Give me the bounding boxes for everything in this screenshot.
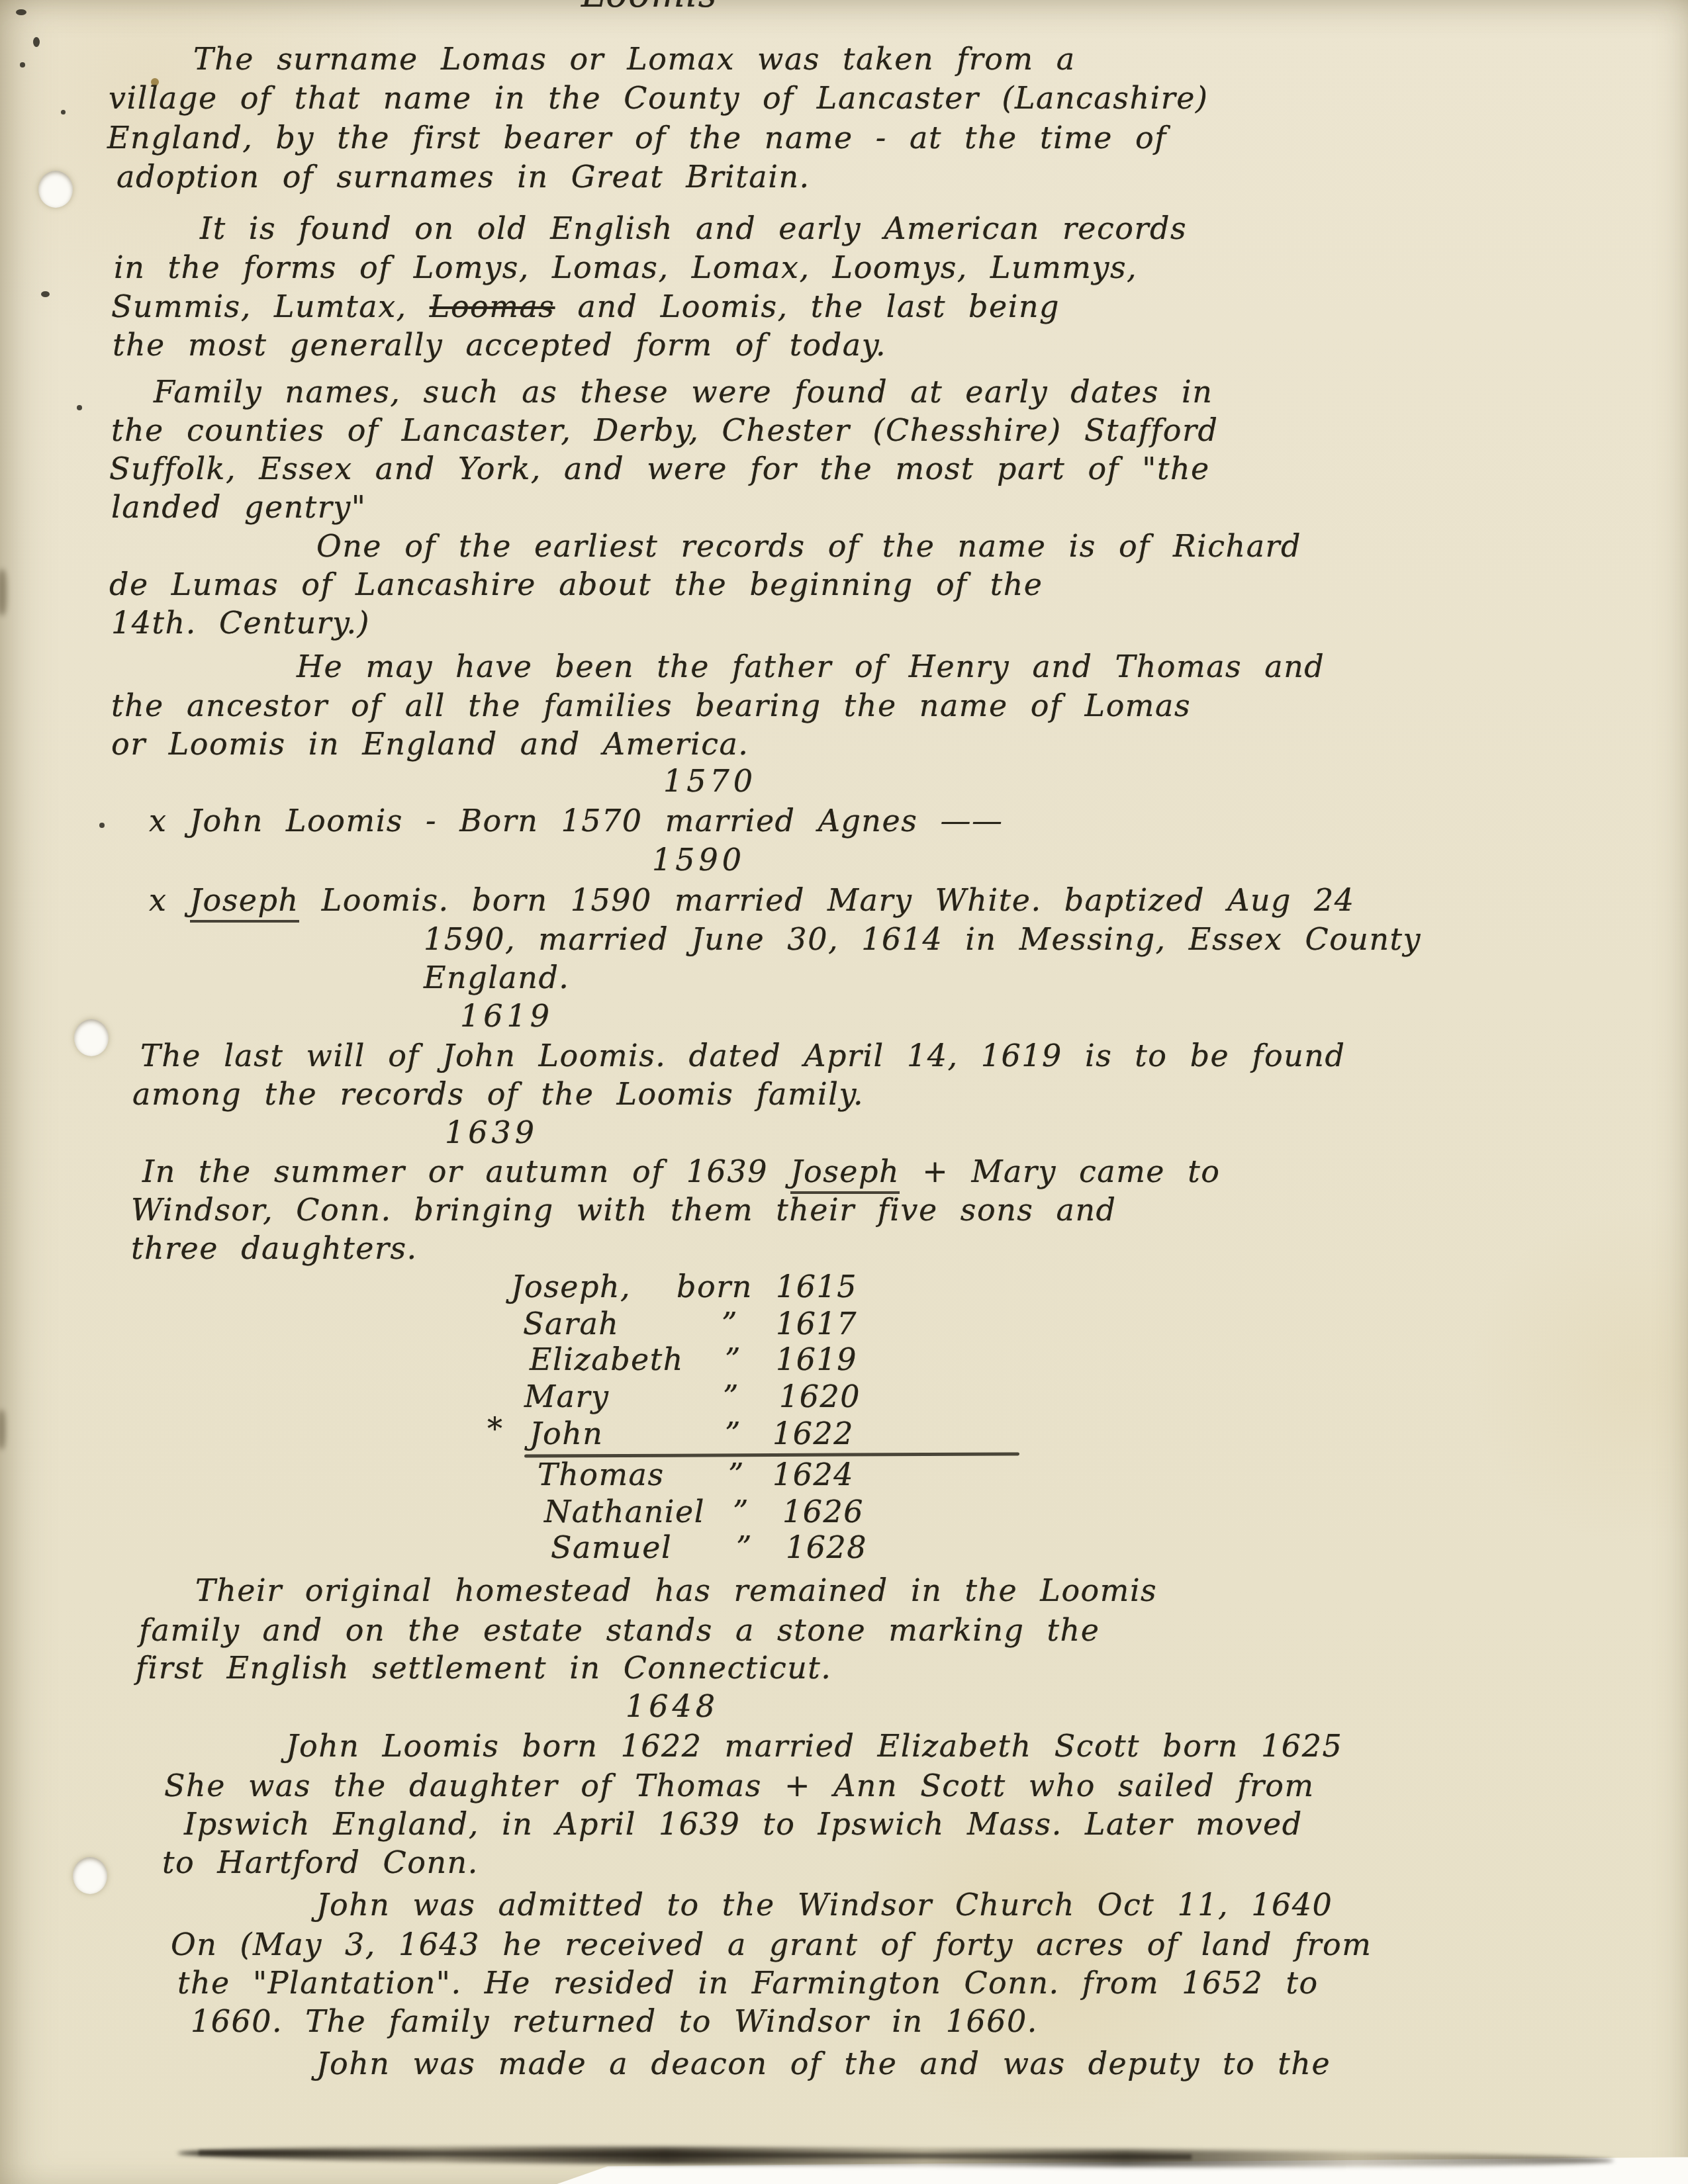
handwritten-line: In the summer or autumn of 1639 Joseph +…	[142, 1154, 1220, 1189]
handwritten-line: Elizabeth	[530, 1342, 684, 1377]
handwritten-line: ”	[725, 1342, 741, 1377]
handwritten-line: John	[530, 1416, 603, 1451]
handwritten-line: Samuel	[551, 1529, 672, 1565]
handwritten-line: One of the earliest records of the name …	[316, 528, 1301, 564]
ink-speck	[20, 62, 25, 68]
ink-speck	[99, 823, 105, 828]
handwritten-line: the "Plantation". He resided in Farmingt…	[177, 1965, 1319, 2001]
handwritten-line: family and on the estate stands a stone …	[139, 1612, 1100, 1648]
handwritten-line: ”	[725, 1416, 741, 1451]
handwritten-line: 1660. The family returned to Windsor in …	[191, 2003, 1038, 2039]
handwritten-line: Mary	[524, 1379, 610, 1414]
handwritten-line: 1624	[773, 1457, 854, 1492]
handwritten-line: Windsor, Conn. bringing with them their …	[131, 1192, 1117, 1228]
ink-speck	[41, 291, 50, 297]
handwritten-line: first English settlement in Connecticut.	[136, 1650, 831, 1686]
handwritten-line: 1615	[776, 1269, 857, 1304]
underlined-word: Joseph	[790, 1154, 900, 1194]
handwritten-line: On (May 3, 1643 he received a grant of f…	[171, 1927, 1372, 1962]
handwritten-line: Sarah	[523, 1306, 619, 1342]
underlined-word: Joseph	[190, 882, 299, 923]
handwritten-line: It is found on old English and early Ame…	[200, 210, 1187, 246]
handwritten-line: 1590, married June 30, 1614 in Messing, …	[424, 921, 1421, 957]
handwritten-line: Their original homestead has remained in…	[195, 1572, 1157, 1608]
handwritten-line: 1639	[445, 1115, 538, 1150]
handwritten-line: He may have been the father of Henry and…	[297, 649, 1325, 684]
handwritten-line: landed gentry"	[111, 489, 366, 525]
handwritten-line: England, by the first bearer of the name…	[107, 120, 1167, 156]
handwritten-line: 1619	[776, 1342, 857, 1377]
handwritten-line: 1626	[782, 1494, 864, 1529]
handwritten-line: ”	[723, 1379, 739, 1414]
handwritten-line: 1648	[626, 1688, 719, 1724]
handwritten-line: Ipswich England, in April 1639 to Ipswic…	[184, 1806, 1303, 1842]
punch-hole	[73, 1857, 107, 1894]
handwritten-line: ”	[736, 1529, 753, 1565]
handwritten-line: Joseph,	[511, 1269, 631, 1304]
handwritten-line: village of that name in the County of La…	[109, 80, 1208, 116]
handwritten-line: John was made a deacon of the and was de…	[316, 2046, 1331, 2081]
scan-edge-mark	[0, 569, 7, 615]
handwritten-line: Nathaniel	[544, 1494, 705, 1529]
punch-hole	[38, 171, 73, 208]
handwritten-line: She was the daughter of Thomas + Ann Sco…	[164, 1768, 1315, 1803]
handwritten-line: to Hartford Conn.	[162, 1844, 479, 1880]
handwritten-line: 1620	[779, 1379, 861, 1414]
handwritten-line: John was admitted to the Windsor Church …	[316, 1887, 1333, 1923]
handwritten-line: 1622	[773, 1416, 854, 1451]
struck-word: Loomas	[430, 289, 555, 324]
handwritten-line: Suffolk, Essex and York, and were for th…	[109, 451, 1210, 486]
handwritten-line: ”	[722, 1306, 738, 1342]
handwritten-line: Summis, Lumtax, Loomas and Loomis, the l…	[111, 289, 1060, 324]
handwritten-line: adoption of surnames in Great Britain.	[117, 159, 810, 195]
handwritten-line: England.	[424, 960, 569, 995]
handwritten-line: among the records of the Loomis family.	[132, 1076, 864, 1112]
handwritten-line: Family names, such as these were found a…	[154, 374, 1213, 410]
handwritten-line: ”	[733, 1494, 749, 1529]
punch-hole	[74, 1019, 109, 1056]
handwritten-line: 1617	[776, 1306, 857, 1342]
handwritten-line: x John Loomis - Born 1570 married Agnes …	[149, 803, 1003, 839]
ink-speck	[61, 110, 66, 114]
handwritten-line: the most generally accepted form of toda…	[113, 327, 886, 363]
handwritten-line: three daughters.	[131, 1230, 418, 1266]
handwritten-line: in the forms of Lomys, Lomas, Lomax, Loo…	[114, 250, 1137, 285]
handwritten-line: the ancestor of all the families bearing…	[111, 688, 1191, 723]
handwritten-line: 1628	[786, 1529, 867, 1565]
handwritten-line: 14th. Century.)	[111, 605, 370, 641]
page-title-partial: Loomis	[581, 0, 718, 15]
handwritten-line: born	[677, 1269, 753, 1304]
ink-speck	[16, 9, 26, 15]
handwritten-line: The last will of John Loomis. dated Apri…	[140, 1038, 1345, 1073]
handwritten-line: The surname Lomas or Lomax was taken fro…	[193, 41, 1076, 77]
handwritten-line: 1570	[663, 763, 757, 799]
handwritten-line: *	[487, 1411, 504, 1447]
handwritten-line: John Loomis born 1622 married Elizabeth …	[286, 1728, 1342, 1764]
handwritten-line: the counties of Lancaster, Derby, Cheste…	[111, 412, 1219, 448]
handwritten-line: Thomas	[538, 1457, 665, 1492]
handwritten-line: 1619	[460, 998, 553, 1034]
handwritten-line: ”	[728, 1457, 745, 1492]
handwritten-line: x Joseph Loomis. born 1590 married Mary …	[149, 882, 1355, 918]
ink-speck	[77, 405, 82, 410]
scan-edge-mark	[0, 1410, 5, 1449]
ink-speck	[33, 37, 40, 47]
document-page: LoomisThe surname Lomas or Lomax was tak…	[0, 0, 1688, 2184]
handwritten-line: or Loomis in England and America.	[111, 726, 749, 762]
handwritten-line: 1590	[652, 842, 745, 878]
handwritten-line: de Lumas of Lancashire about the beginni…	[109, 567, 1043, 602]
